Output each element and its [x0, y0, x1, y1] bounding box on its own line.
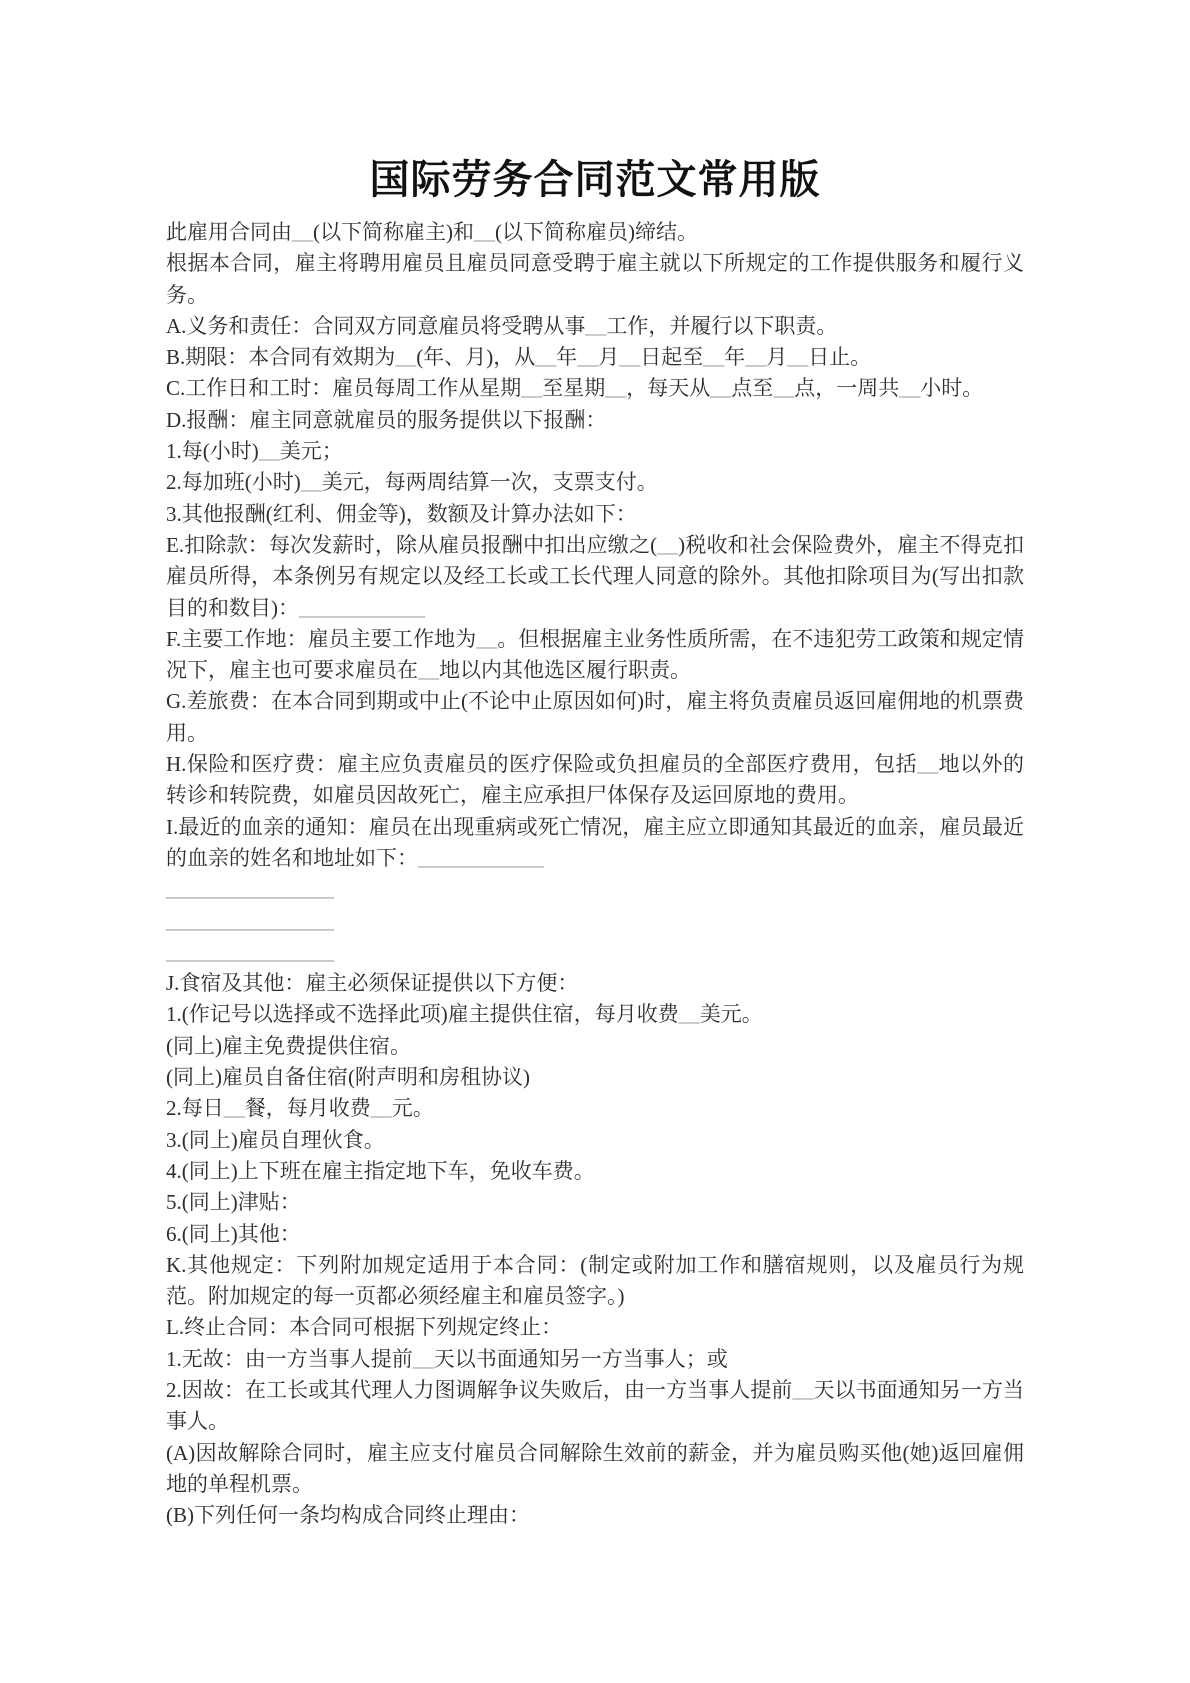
contract-paragraph-25: 5.(同上)津贴： — [166, 1187, 1024, 1218]
blank-underline: ________________ — [166, 909, 334, 933]
contract-paragraph-18: J.食宿及其他：雇主必须保证提供以下方便： — [166, 968, 1024, 999]
contract-paragraph-26: 6.(同上)其他： — [166, 1219, 1024, 1250]
document-title: 国际劳务合同范文常用版 — [166, 156, 1024, 204]
blank-underline: __ — [917, 752, 938, 776]
contract-paragraph-15: ________________ — [166, 874, 1024, 905]
contract-paragraph-19: 1.(作记号以选择或不选择此项)雇主提供住宿，每月收费__美元。 — [166, 999, 1024, 1030]
blank-underline: __ — [476, 627, 497, 651]
blank-underline: __ — [418, 658, 439, 682]
contract-paragraph-7: 1.每(小时)__美元； — [166, 436, 1024, 467]
blank-underline: __ — [787, 345, 808, 369]
contract-paragraph-10: E.扣除款：每次发薪时，除从雇员报酬中扣出应缴之(__)税收和社会保险费外，雇主… — [166, 530, 1024, 624]
contract-paragraph-32: (B)下列任何一条均构成合同终止理由： — [166, 1500, 1024, 1531]
blank-underline: __ — [657, 533, 678, 557]
blank-underline: __ — [577, 345, 598, 369]
blank-underline: __ — [413, 1347, 434, 1371]
blank-underline: __ — [521, 376, 542, 400]
blank-underline: __ — [224, 1096, 245, 1120]
contract-paragraph-12: G.差旅费：在本合同到期或中止(不论中止原因如何)时，雇主将负责雇员返回雇佣地的… — [166, 686, 1024, 749]
blank-underline: __ — [605, 376, 626, 400]
contract-paragraph-27: K.其他规定：下列附加规定适用于本合同：(制定或附加工作和膳宿规则，以及雇员行为… — [166, 1250, 1024, 1313]
contract-paragraph-22: 2.每日__餐，每月收费__元。 — [166, 1093, 1024, 1124]
contract-document-page: 国际劳务合同范文常用版 此雇用合同由__(以下简称雇主)和__(以下简称雇员)缔… — [0, 0, 1190, 1683]
blank-underline: __ — [292, 220, 313, 244]
contract-paragraph-20: (同上)雇主免费提供住宿。 — [166, 1031, 1024, 1062]
contract-paragraph-5: C.工作日和工时：雇员每周工作从星期__至星期__，每天从__点至__点，一周共… — [166, 373, 1024, 404]
contract-paragraph-2: 根据本合同，雇主将聘用雇员且雇员同意受聘于雇主就以下所规定的工作提供服务和履行义… — [166, 248, 1024, 311]
contract-paragraph-24: 4.(同上)上下班在雇主指定地下车，免收车费。 — [166, 1156, 1024, 1187]
contract-paragraph-14: I.最近的血亲的通知：雇员在出现重病或死亡情况，雇主应立即通知其最近的血亲，雇员… — [166, 812, 1024, 875]
contract-paragraph-29: 1.无故：由一方当事人提前__天以书面通知另一方当事人；或 — [166, 1344, 1024, 1375]
blank-underline: ____________ — [299, 596, 425, 620]
contract-paragraph-16: ________________ — [166, 906, 1024, 937]
blank-underline: __ — [585, 314, 606, 338]
blank-underline: __ — [679, 1002, 700, 1026]
contract-paragraph-11: F.主要工作地：雇员主要工作地为__。但根据雇主业务性质所需，在不违犯劳工政策和… — [166, 624, 1024, 687]
blank-underline: __ — [259, 439, 280, 463]
contract-paragraph-4: B.期限：本合同有效期为__(年、月)，从__年__月__日起至__年__月__… — [166, 342, 1024, 373]
contract-paragraph-1: 此雇用合同由__(以下简称雇主)和__(以下简称雇员)缔结。 — [166, 217, 1024, 248]
blank-underline: __ — [703, 345, 724, 369]
contract-paragraph-30: 2.因故：在工长或其代理人力图调解争议失败后，由一方当事人提前__天以书面通知另… — [166, 1375, 1024, 1438]
contract-paragraph-28: L.终止合同：本合同可根据下列规定终止： — [166, 1312, 1024, 1343]
contract-paragraph-23: 3.(同上)雇员自理伙食。 — [166, 1125, 1024, 1156]
blank-underline: __ — [773, 376, 794, 400]
blank-underline: __ — [301, 470, 322, 494]
contract-paragraph-6: D.报酬：雇主同意就雇员的服务提供以下报酬： — [166, 405, 1024, 436]
blank-underline: ________________ — [166, 877, 334, 901]
blank-underline: __ — [899, 376, 920, 400]
blank-underline: __ — [474, 220, 495, 244]
blank-underline: __ — [745, 345, 766, 369]
blank-underline: __ — [792, 1378, 813, 1402]
blank-underline: __ — [710, 376, 731, 400]
contract-body: 此雇用合同由__(以下简称雇主)和__(以下简称雇员)缔结。根据本合同，雇主将聘… — [166, 217, 1024, 1531]
contract-paragraph-17: ________________ — [166, 937, 1024, 968]
blank-underline: __ — [619, 345, 640, 369]
blank-underline: __ — [395, 345, 416, 369]
contract-paragraph-21: (同上)雇员自备住宿(附声明和房租协议) — [166, 1062, 1024, 1093]
contract-paragraph-31: (A)因故解除合同时，雇主应支付雇员合同解除生效前的薪金，并为雇员购买他(她)返… — [166, 1438, 1024, 1501]
blank-underline: ____________ — [418, 846, 544, 870]
contract-paragraph-13: H.保险和医疗费：雇主应负责雇员的医疗保险或负担雇员的全部医疗费用，包括__地以… — [166, 749, 1024, 812]
blank-underline: __ — [371, 1096, 392, 1120]
contract-paragraph-9: 3.其他报酬(红利、佣金等)，数额及计算办法如下： — [166, 499, 1024, 530]
blank-underline: ________________ — [166, 940, 334, 964]
blank-underline: __ — [535, 345, 556, 369]
contract-paragraph-3: A.义务和责任：合同双方同意雇员将受聘从事__工作，并履行以下职责。 — [166, 311, 1024, 342]
contract-paragraph-8: 2.每加班(小时)__美元，每两周结算一次，支票支付。 — [166, 467, 1024, 498]
